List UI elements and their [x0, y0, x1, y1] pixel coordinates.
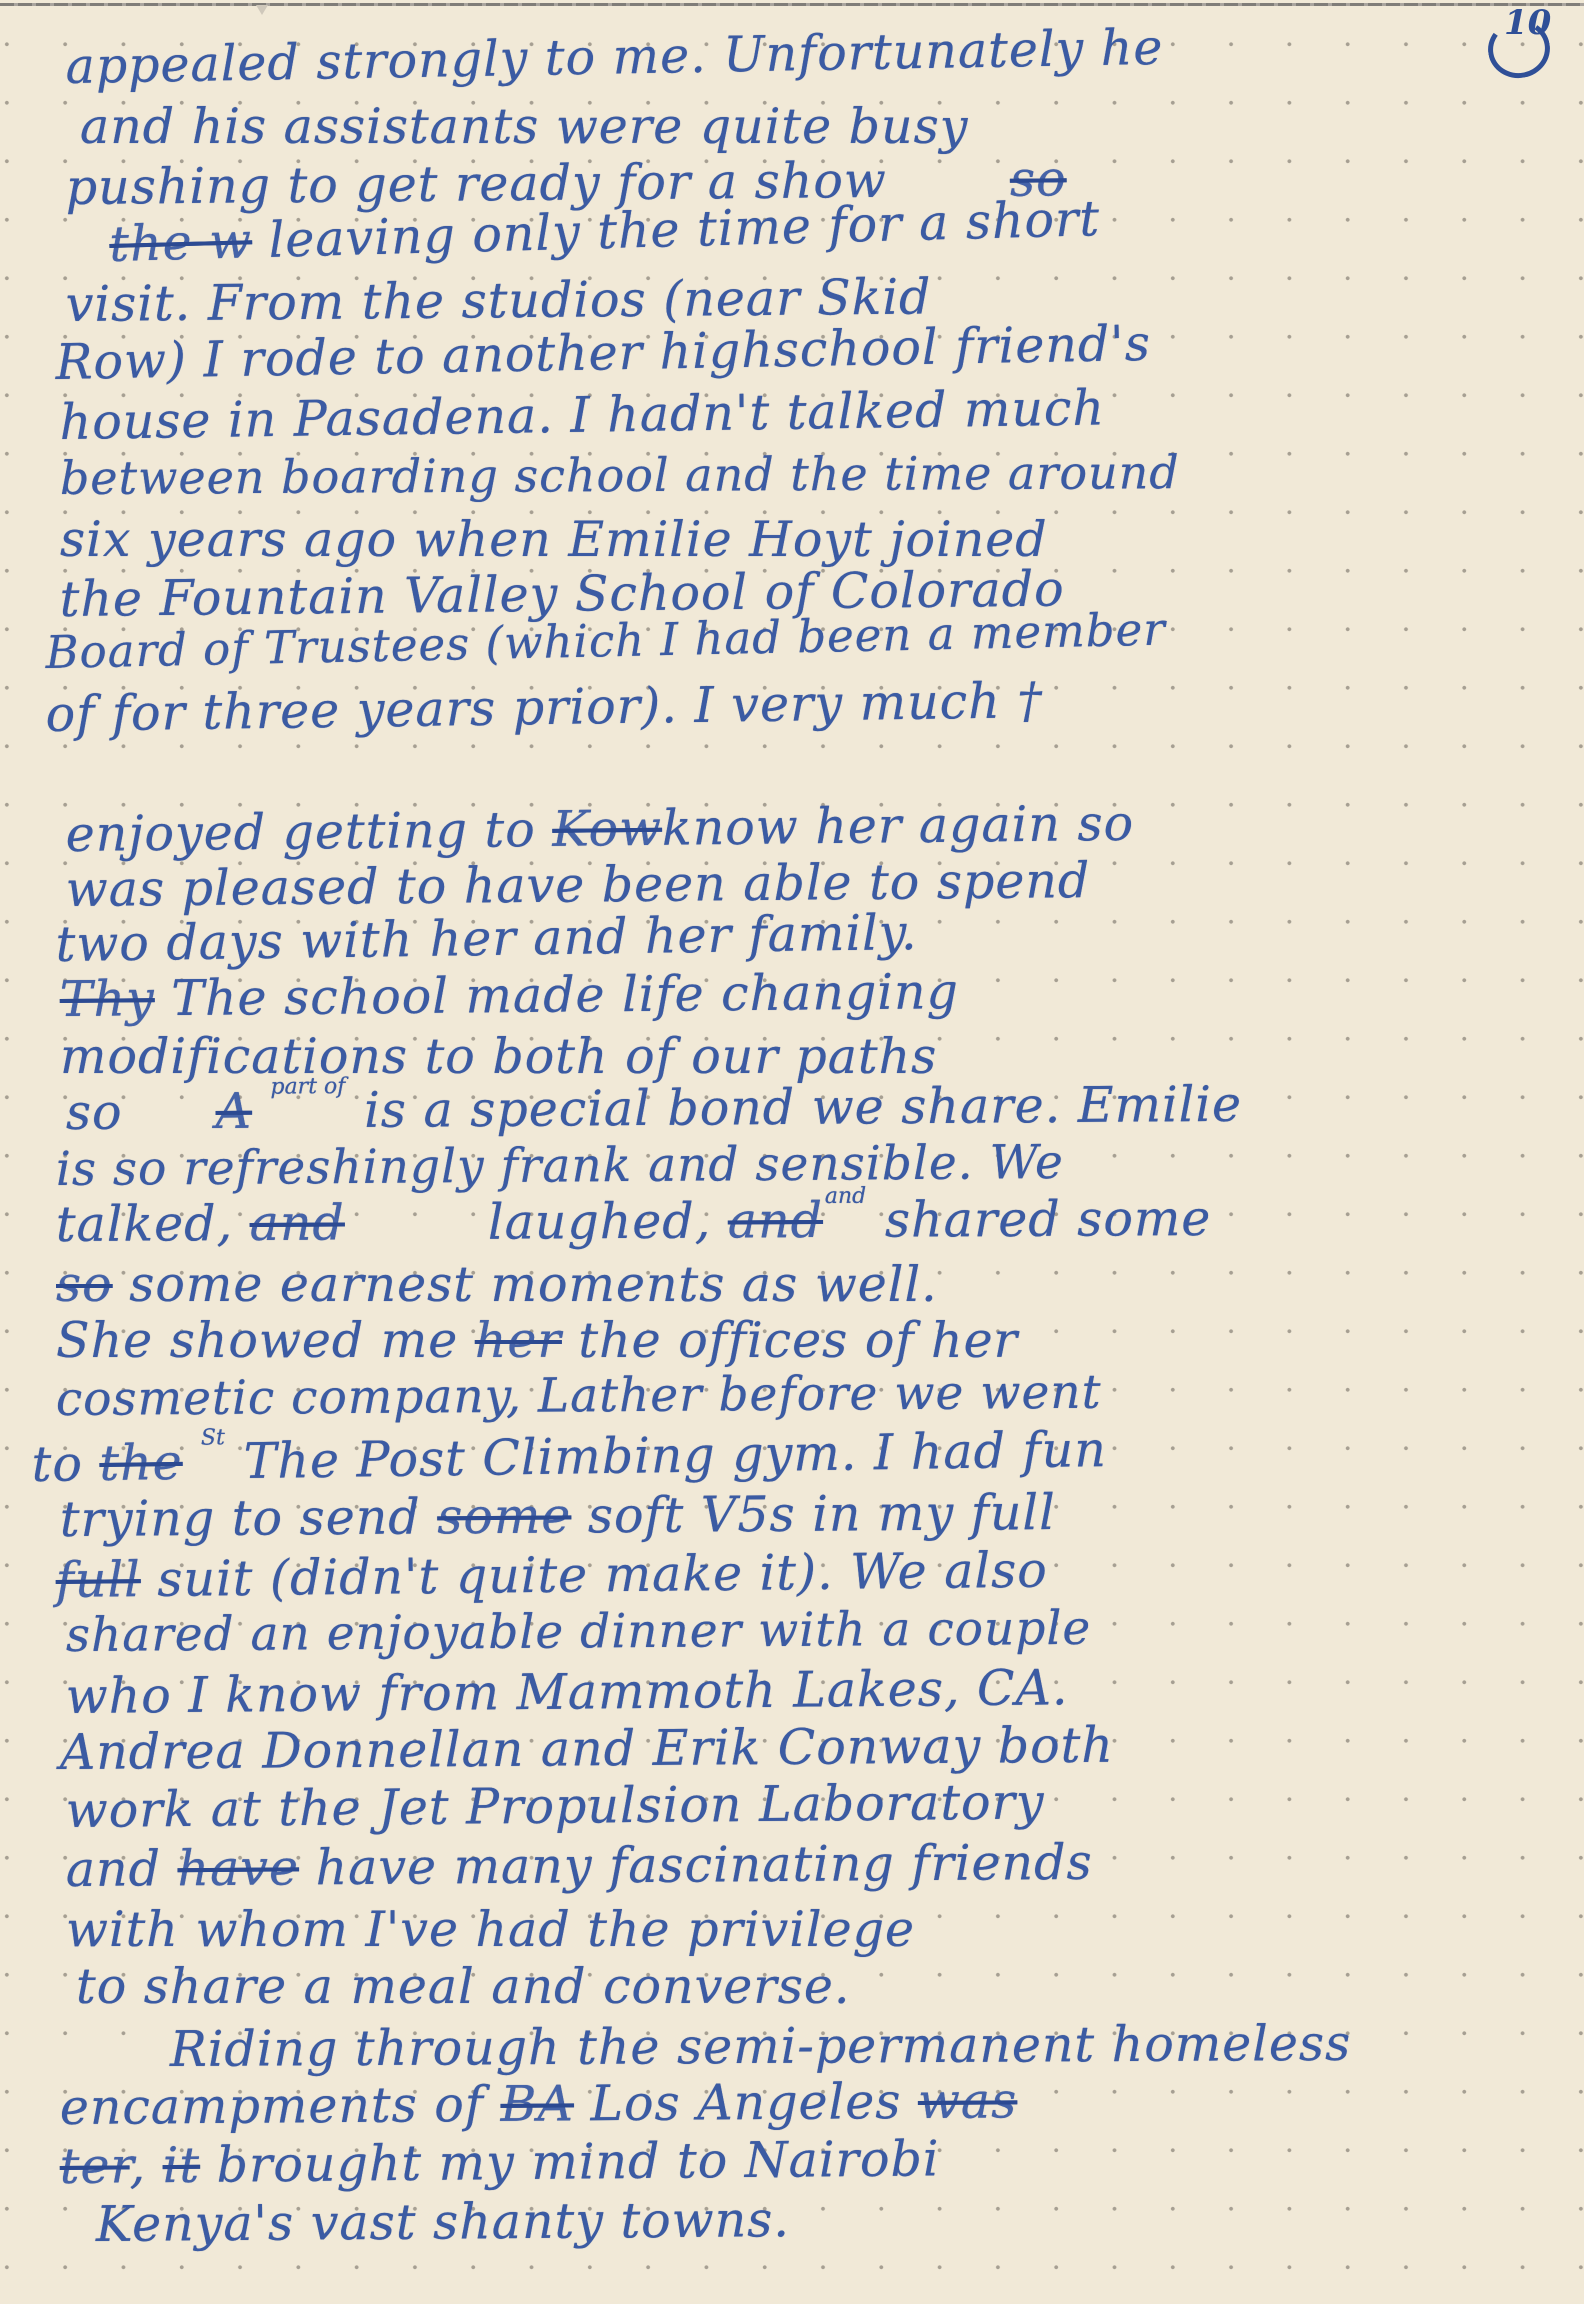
line-text: Kenya's vast shanty towns. [96, 2191, 790, 2253]
line-text: is a special bond we share. Emilie [364, 1076, 1242, 1139]
struck-word: ter [60, 2137, 130, 2195]
line-text: so [66, 1084, 123, 1141]
inserted-text: St [201, 1425, 225, 1450]
line-text: She showed me [56, 1312, 458, 1369]
line-text: between boarding school and the time aro… [60, 445, 1180, 505]
line-text: with whom I've had the privilege [66, 1901, 915, 1958]
line-text: Riding through the semi-permanent homele… [170, 2015, 1352, 2078]
handwritten-line-32: with whom I've had the privilege [66, 1905, 915, 1954]
struck-word: so [56, 1256, 113, 1313]
line-text: the offices of her [578, 1312, 1018, 1369]
line-text: shared an enjoyable dinner with a couple [66, 1601, 1092, 1663]
struck-word: Kow [552, 800, 662, 858]
handwritten-line-13: enjoyed getting to Kowknow her again so [65, 799, 1134, 859]
struck-word: was [918, 2072, 1018, 2130]
line-text: six years ago when Emilie Hoyt joined [60, 511, 1048, 568]
line-text: to [31, 1435, 83, 1493]
handwritten-line-17: modifications to both of our paths [60, 1032, 937, 1081]
handwritten-line-21: so some earnest moments as well. [56, 1260, 938, 1309]
line-text: to share a meal and converse. [76, 1958, 850, 2015]
line-text: know her again so [662, 795, 1135, 857]
handwritten-line-12: of for three years prior). I very much † [45, 676, 1043, 739]
handwritten-line-23: cosmetic company, Lather before we went [56, 1369, 1102, 1423]
line-text: The Post Climbing gym. I had fun [243, 1421, 1107, 1490]
handwritten-line-1: appealed strongly to me. Unfortunately h… [65, 23, 1164, 91]
line-text: Andrea Donnellan and Erik Conway both [60, 1717, 1114, 1781]
line-text: cosmetic company, Lather before we went [56, 1365, 1102, 1427]
line-text: enjoyed getting to [65, 801, 536, 863]
line-text: shared some [885, 1190, 1212, 1249]
line-text: and [66, 1840, 162, 1898]
line-text: talked, [56, 1195, 234, 1253]
handwritten-line-30: work at the Jet Propulsion Laboratory [66, 1777, 1045, 1835]
line-text: modifications to both of our paths [60, 1028, 937, 1085]
line-text: is so refreshingly frank and sensible. W… [56, 1135, 1064, 1197]
struck-word: A [215, 1083, 252, 1140]
struck-word: BA [500, 2075, 574, 2133]
line-text: soft V5s in my full [588, 1484, 1056, 1544]
line-text: some earnest moments as well. [129, 1256, 937, 1313]
handwritten-line-8: between boarding school and the time aro… [60, 449, 1180, 501]
handwritten-line-25: trying to send some soft V5s in my full [60, 1488, 1056, 1544]
handwritten-line-14: was pleased to have been able to spend [66, 856, 1091, 914]
circled-page-number-mark: 10 [1482, 6, 1552, 76]
handwritten-line-33: to share a meal and converse. [76, 1962, 850, 2011]
line-text: two days with her and her family. [55, 904, 918, 973]
struck-word: the w [109, 212, 253, 273]
line-text: brought my mind to Nairobi [216, 2130, 939, 2193]
handwritten-line-22: She showed me her the offices of her [56, 1316, 1018, 1365]
line-text: , [129, 2137, 146, 2194]
line-text: encampments of [60, 2076, 485, 2136]
handwritten-line-24: to the St The Post Climbing gym. I had f… [31, 1425, 1107, 1489]
struck-word: Thy [60, 970, 155, 1028]
line-text: trying to send [60, 1488, 421, 1548]
line-text: have many fascinating friends [315, 1834, 1092, 1896]
handwritten-line-20: talked, and laughed, andand shared some [56, 1194, 1212, 1249]
line-text: The school made life changing [171, 963, 959, 1027]
handwritten-line-16: Thy The school made life changing [60, 967, 960, 1024]
line-text: appealed strongly to me. Unfortunately h… [65, 19, 1164, 95]
line-text: suit (didn't quite make it). We also [157, 1542, 1048, 1608]
struck-word: some [437, 1487, 572, 1545]
handwritten-line-26: full suit (didn't quite make it). We als… [55, 1546, 1047, 1605]
struck-word: it [162, 2137, 200, 2194]
handwritten-line-29: Andrea Donnellan and Erik Conway both [60, 1721, 1114, 1777]
handwritten-line-27: shared an enjoyable dinner with a couple [66, 1605, 1092, 1659]
handwritten-line-36: ter, it brought my mind to Nairobi [60, 2134, 940, 2191]
perforated-top-edge [0, 3, 1584, 6]
dot-grid-paper: 10 appealed strongly to me. Unfortunatel… [0, 0, 1584, 2304]
handwritten-line-9: six years ago when Emilie Hoyt joined [60, 515, 1048, 564]
handwritten-line-15: two days with her and her family. [55, 908, 917, 969]
struck-word: full [55, 1551, 141, 1609]
handwritten-line-34: Riding through the semi-permanent homele… [170, 2019, 1352, 2074]
handwritten-line-7: house in Pasadena. I hadn't talked much [59, 383, 1105, 447]
line-text: Los Angeles [590, 2073, 901, 2132]
inserted-text: part of [270, 1074, 345, 1100]
struck-word: her [475, 1312, 562, 1369]
handwritten-line-28: who I know from Mammoth Lakes, CA. [66, 1663, 1069, 1721]
handwritten-line-31: and have have many fascinating friends [66, 1838, 1093, 1894]
handwritten-line-2: and his assistants were quite busy [80, 102, 968, 151]
line-text: who I know from Mammoth Lakes, CA. [66, 1659, 1069, 1725]
line-text: house in Pasadena. I hadn't talked much [59, 379, 1105, 451]
struck-word: and [728, 1192, 823, 1249]
struck-word: and [250, 1194, 345, 1251]
line-text: of for three years prior). I very much [45, 673, 1001, 743]
inserted-text: and [825, 1184, 867, 1209]
handwritten-line-35: encampments of BA Los Angeles was [60, 2076, 1018, 2132]
handwritten-line-19: is so refreshingly frank and sensible. W… [56, 1139, 1064, 1193]
handwritten-line-37: Kenya's vast shanty towns. [96, 2195, 790, 2249]
insertion-mark: † [1017, 672, 1043, 729]
struck-word: have [177, 1839, 299, 1897]
line-text: work at the Jet Propulsion Laboratory [66, 1773, 1045, 1839]
struck-word: the [99, 1434, 183, 1492]
line-text: and his assistants were quite busy [80, 98, 968, 155]
handwritten-line-18: so A part of is a special bond we share.… [66, 1080, 1243, 1137]
line-text: laughed, [488, 1193, 712, 1251]
perforation-notch [256, 5, 268, 15]
